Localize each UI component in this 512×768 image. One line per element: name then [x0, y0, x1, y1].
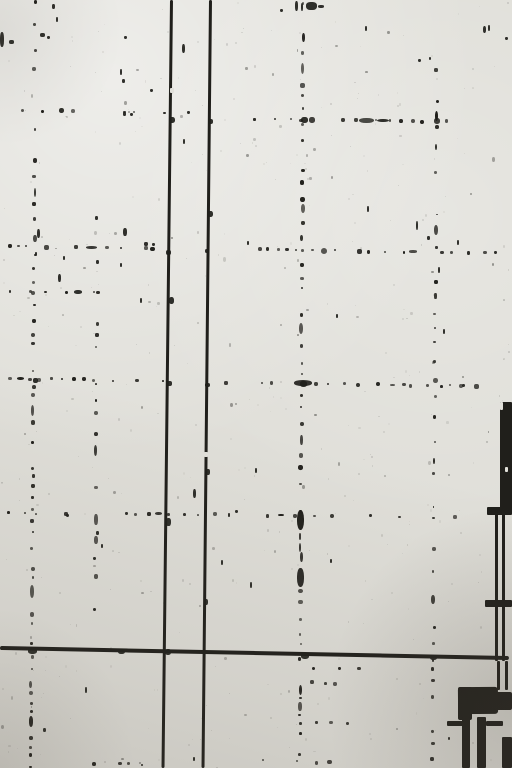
- dotted-grid-h-upper-left-dot: [21, 109, 24, 112]
- dotted-grid-h-2-right-dot: [483, 251, 487, 255]
- dotted-row-lower-a-dot: [338, 667, 341, 670]
- dotted-grid-h-2-left-dot: [86, 246, 97, 249]
- dotted-grid-v-left-dot: [30, 585, 34, 598]
- ink-speck: [40, 33, 45, 37]
- dotted-grid-h-3-right-dot: [261, 382, 263, 384]
- dotted-grid-v-left-dot: [31, 467, 34, 470]
- dotted-grid-h-3-right-dot: [314, 382, 318, 386]
- dotted-grid-v-left-dot: [29, 691, 33, 695]
- ink-speck: [118, 649, 125, 654]
- pin-line-left-lower: [495, 606, 498, 661]
- dotted-row-lower-a-dot: [312, 667, 315, 670]
- dotted-grid-h-4-dot: [35, 513, 37, 515]
- dotted-row-lower-b-dot: [333, 682, 337, 686]
- dotted-grid-v-left-dot: [29, 746, 32, 749]
- dotted-grid-h-upper-right-dot: [290, 118, 292, 120]
- dotted-grid-v-left-dot: [32, 576, 34, 578]
- dotted-grid-v-left-dot: [30, 612, 34, 616]
- dotted-grid-h-upper-right-dot: [377, 119, 389, 122]
- dotted-grid-v-inner-dot: [95, 383, 97, 385]
- dotted-grid-v-left-dot: [29, 681, 32, 688]
- dotted-grid-h-upper-right-dot: [253, 118, 255, 120]
- ink-speck: [306, 2, 317, 10]
- dotted-grid-v-left-dot: [31, 405, 34, 416]
- dotted-grid-v-left-dot: [33, 23, 36, 26]
- dotted-grid-v-center-dot: [301, 123, 304, 126]
- dotted-grid-v-left-dot: [34, 188, 36, 197]
- dotted-grid-h-2-right-dot: [450, 251, 453, 254]
- ink-speck: [367, 206, 369, 212]
- dotted-grid-v-center-dot: [298, 600, 302, 604]
- dotted-grid-v-center-dot: [300, 180, 304, 184]
- dotted-grid-h-3-right-dot: [474, 384, 478, 388]
- ink-speck: [208, 211, 213, 217]
- dotted-grid-h-3-middle-dot: [92, 379, 96, 383]
- dotted-grid-v-left-dot: [31, 496, 33, 498]
- dotted-grid-h-2-left-dot: [105, 246, 109, 250]
- dotted-grid-h-2-right-dot: [311, 249, 314, 252]
- dotted-grid-h-2-left-dot: [74, 245, 77, 248]
- dotted-grid-v-left-dot: [32, 202, 36, 206]
- dotted-grid-h-3-left-dot: [50, 377, 52, 379]
- dotted-grid-v-right-dot: [434, 225, 438, 236]
- ink-speck: [228, 513, 230, 517]
- dotted-grid-h-upper-right-dot: [420, 120, 424, 124]
- dotted-grid-h-3-middle-dot: [135, 379, 138, 382]
- dotted-grid-v-right-dot: [433, 378, 438, 383]
- dotted-grid-v-inner-dot: [94, 432, 98, 436]
- dotted-grid-v-center-dot: [299, 732, 302, 735]
- ink-speck: [438, 267, 440, 273]
- ink-speck: [56, 17, 58, 22]
- dotted-grid-v-right-dot: [436, 214, 438, 216]
- dotted-grid-v-center-dot: [298, 589, 303, 594]
- dotted-grid-v-center-dot: [297, 568, 304, 587]
- dotted-grid-v-right-dot: [433, 458, 435, 465]
- wall-column-bar: [500, 402, 512, 512]
- dotted-row-bottom-center-dot: [327, 760, 331, 764]
- ink-speck: [318, 5, 324, 8]
- dotted-grid-v-center-dot: [299, 722, 302, 725]
- ink-speck: [301, 653, 309, 659]
- dotted-grid-v-center-dot: [299, 533, 302, 539]
- dotted-grid-v-right-dot: [432, 570, 435, 573]
- dotted-grid-v-center-dot: [299, 697, 301, 699]
- corner-wall-mass: [502, 737, 512, 768]
- pin-line-right-lower: [502, 606, 505, 661]
- ink-speck: [300, 381, 307, 387]
- dotted-grid-v-right-dot: [434, 293, 436, 298]
- dotted-row-bottom-center-dot: [262, 759, 264, 761]
- dotted-grid-v-left-dot: [33, 217, 36, 220]
- dotted-grid-h-4-dot: [313, 515, 316, 518]
- dotted-grid-v-center-dot: [299, 543, 301, 552]
- dotted-grid-v-right-dot: [433, 626, 436, 629]
- dotted-grid-v-right-dot: [434, 327, 436, 329]
- dotted-grid-h-2-right-dot: [277, 248, 280, 251]
- dotted-grid-h-upper-right-dot: [389, 119, 391, 121]
- dotted-grid-v-center-dot: [301, 373, 303, 375]
- ink-speck: [467, 251, 470, 255]
- ink-speck: [165, 649, 171, 655]
- wall-blob-right-lobe: [494, 692, 512, 711]
- ink-speck: [123, 228, 127, 236]
- dotted-grid-v-right-dot: [435, 246, 437, 248]
- ink-speck: [125, 512, 128, 515]
- dotted-grid-h-2-right-dot: [357, 249, 361, 253]
- dotted-grid-v-right-dot: [431, 679, 435, 683]
- ink-speck: [193, 489, 196, 498]
- dotted-grid-h-2-right-dot: [384, 251, 386, 253]
- dotted-grid-v-center-dot: [301, 94, 304, 97]
- ink-speck: [182, 44, 185, 53]
- dotted-grid-v-right-dot: [431, 730, 434, 733]
- pin-line-right-upper: [502, 514, 505, 603]
- dotted-grid-v-inner-dot: [96, 291, 100, 295]
- dotted-grid-h-4-dot: [369, 514, 372, 517]
- dotted-grid-v-right-dot: [431, 742, 434, 745]
- ink-speck: [295, 1, 298, 11]
- ink-speck: [66, 514, 69, 517]
- dotted-grid-v-right-dot: [434, 280, 438, 284]
- dotted-grid-h-4-dot: [266, 514, 269, 517]
- dotted-grid-v-center-dot: [301, 51, 305, 55]
- dotted-grid-h-faint-upper-dot: [93, 291, 95, 293]
- dotted-grid-v-center-dot: [298, 714, 300, 716]
- dotted-row-bottom-left-dot: [92, 762, 96, 766]
- dotted-grid-v-center-dot: [302, 33, 305, 42]
- dotted-grid-v-right-dot: [432, 472, 435, 475]
- dotted-grid-v-right-dot: [431, 595, 435, 604]
- ink-speck: [204, 599, 208, 605]
- ink-speck: [488, 25, 490, 31]
- dotted-grid-h-2-right-dot: [440, 251, 443, 254]
- dotted-row-lower-c-dot: [346, 722, 349, 725]
- dotted-grid-v-right-dot: [433, 506, 435, 508]
- ink-speck: [365, 26, 367, 31]
- dotted-grid-v-center-dot: [300, 235, 303, 241]
- dotted-grid-v-left-dot: [31, 484, 34, 487]
- dotted-grid-h-2-right-dot: [403, 251, 406, 254]
- dotted-grid-v-left-dot: [30, 702, 33, 705]
- dotted-grid-v-right-dot: [432, 517, 434, 519]
- dotted-grid-h-2-right-dot: [266, 247, 269, 250]
- dotted-grid-v-right-dot: [434, 171, 437, 174]
- column-flange-upper: [487, 507, 512, 515]
- dotted-grid-v-center-dot: [301, 139, 304, 142]
- dotted-grid-h-2-left-dot: [150, 247, 154, 251]
- column-crossbar-lower: [485, 600, 512, 607]
- wall-bar-below-left: [462, 717, 470, 768]
- dotted-grid-h-4-dot: [330, 514, 334, 518]
- dotted-grid-h-4-dot: [155, 512, 162, 515]
- dotted-grid-h-3-right-dot: [376, 382, 380, 386]
- ink-speck: [140, 298, 142, 303]
- dotted-grid-h-4-dot: [278, 514, 284, 517]
- dotted-grid-h-3-right-dot: [356, 383, 360, 387]
- dotted-grid-h-upper-right-dot: [445, 119, 449, 123]
- ink-speck: [505, 37, 508, 40]
- ink-speck: [183, 139, 185, 144]
- scan-gap-on-column: [505, 467, 508, 472]
- ink-speck: [150, 89, 153, 92]
- dotted-grid-v-left-dot: [32, 319, 36, 323]
- scanned-blueprint-photo: [0, 0, 512, 768]
- wall-tick-left: [447, 721, 463, 726]
- dotted-grid-v-center-dot: [300, 552, 303, 562]
- dotted-grid-v-center-dot: [298, 465, 303, 470]
- dotted-grid-h-2-right-dot: [367, 250, 370, 253]
- ink-speck: [301, 3, 303, 11]
- dotted-grid-v-left-dot: [30, 642, 33, 645]
- dotted-grid-v-inner-dot: [93, 608, 96, 611]
- dotted-grid-h-3-middle-dot: [112, 380, 114, 382]
- dotted-grid-h-upper-left-dot: [163, 112, 166, 115]
- dotted-grid-v-inner-dot: [94, 514, 97, 525]
- dotted-grid-v-center-dot: [302, 107, 304, 109]
- ink-speck: [122, 79, 125, 83]
- dotted-grid-v-inner-dot: [94, 445, 97, 456]
- ink-speck: [427, 236, 430, 240]
- dotted-grid-h-faint-upper-dot: [65, 291, 68, 294]
- dotted-grid-h-upper-right-dot: [434, 118, 440, 124]
- dotted-grid-v-left-dot: [29, 753, 33, 757]
- dotted-grid-v-center-dot: [299, 453, 304, 458]
- dotted-grid-h-upper-right-dot: [354, 118, 357, 121]
- dotted-grid-h-faint-upper-dot: [44, 291, 46, 293]
- ink-speck: [330, 559, 332, 563]
- dotted-grid-v-left-dot: [29, 736, 33, 740]
- dotted-grid-v-inner-dot: [95, 399, 97, 401]
- dotted-grid-v-left-dot: [31, 420, 35, 424]
- dotted-grid-h-2-left-dot: [44, 245, 48, 249]
- dotted-grid-h-upper-right-dot: [341, 118, 345, 122]
- dotted-grid-v-left-dot: [31, 333, 36, 337]
- dotted-grid-h-3-left-dot: [82, 377, 86, 381]
- dotted-grid-v-left-dot: [33, 304, 36, 307]
- dotted-grid-v-left-dot: [32, 281, 35, 284]
- dotted-grid-v-center-dot: [299, 633, 302, 636]
- dotted-grid-v-center-dot: [299, 323, 303, 334]
- ink-speck: [221, 560, 223, 565]
- dotted-grid-v-left-dot: [34, 0, 37, 3]
- dotted-grid-h-4-dot: [197, 514, 199, 516]
- dotted-grid-v-left-dot: [31, 441, 34, 444]
- ink-speck: [429, 57, 431, 60]
- dotted-grid-v-center-dot: [300, 263, 304, 267]
- ink-speck: [205, 383, 210, 387]
- dotted-grid-v-center-dot: [300, 83, 305, 88]
- dotted-grid-h-3-middle-dot: [162, 380, 164, 382]
- dotted-grid-v-center-dot: [301, 63, 304, 74]
- dotted-grid-h-3-left-dot: [28, 378, 32, 382]
- ink-speck: [0, 32, 4, 47]
- dotted-grid-v-center-dot: [299, 618, 302, 621]
- dotted-row-lower-b-dot: [310, 680, 314, 684]
- dotted-grid-v-center-dot: [300, 435, 303, 445]
- dotted-grid-v-inner-dot: [95, 346, 97, 348]
- dotted-grid-h-4-dot: [167, 513, 170, 516]
- dotted-grid-h-2-right-dot: [258, 247, 262, 251]
- dotted-grid-h-upper-right-dot: [359, 118, 375, 123]
- dotted-grid-v-right-dot: [433, 415, 436, 418]
- dotted-grid-h-2-right-dot: [334, 249, 337, 252]
- ink-speck: [93, 557, 96, 560]
- dotted-grid-h-3-right-dot: [390, 384, 395, 386]
- dotted-grid-v-left-dot: [31, 655, 35, 659]
- dotted-grid-h-2-left-dot: [8, 244, 12, 248]
- dotted-grid-v-center-dot: [300, 406, 303, 409]
- dotted-grid-h-upper-right-dot: [411, 119, 415, 123]
- dotted-grid-v-left-dot: [32, 175, 35, 178]
- dotted-grid-h-3-right-dot: [270, 381, 274, 385]
- dotted-grid-v-center-dot: [300, 197, 305, 202]
- dotted-grid-h-4-dot: [213, 512, 217, 516]
- dotted-grid-h-3-right-dot: [327, 383, 329, 385]
- dotted-grid-h-4-dot: [7, 511, 10, 514]
- dotted-grid-v-right-dot: [434, 441, 436, 443]
- scan-gap-on-v2: [204, 452, 208, 457]
- dotted-grid-h-4-dot: [293, 514, 297, 518]
- dotted-grid-h-2-left-dot: [17, 245, 19, 247]
- dotted-row-bottom-left-dot: [118, 762, 122, 766]
- ink-speck: [247, 241, 249, 245]
- ink-speck: [33, 378, 38, 383]
- dotted-grid-v-inner-dot: [96, 322, 100, 326]
- dotted-grid-h-2-left-dot: [144, 246, 148, 250]
- dotted-grid-h-faint-upper-dot: [74, 290, 82, 294]
- dotted-grid-v-right-dot: [430, 757, 434, 761]
- dotted-grid-v-center-dot: [301, 204, 305, 213]
- wall-blob-left-lobe: [458, 687, 473, 720]
- dotted-row-lower-b-dot: [324, 682, 327, 685]
- dotted-grid-h-2-right-dot: [321, 248, 328, 254]
- ink-speck: [418, 59, 421, 62]
- ink-speck: [416, 221, 418, 230]
- dotted-grid-h-2-right-dot: [285, 248, 288, 251]
- dotted-grid-v-right-dot: [431, 667, 434, 670]
- dotted-grid-v-center-dot: [301, 221, 305, 225]
- dotted-grid-h-4-dot: [24, 512, 26, 514]
- dotted-grid-h-3-left-dot: [8, 377, 11, 380]
- dotted-grid-h-upper-left-dot: [133, 111, 136, 114]
- ink-speck: [494, 251, 497, 254]
- dotted-grid-v-right-dot: [435, 144, 437, 151]
- dotted-grid-v-right-dot: [433, 341, 435, 343]
- ink-speck: [124, 36, 127, 39]
- dotted-grid-v-center-dot: [300, 422, 304, 426]
- ink-speck: [9, 40, 14, 44]
- pin-line-left-upper: [495, 514, 498, 603]
- dotted-grid-v-left-dot: [31, 668, 33, 670]
- ink-speck: [28, 648, 37, 654]
- dotted-row-bottom-center-dot: [315, 761, 318, 764]
- dotted-grid-v-left-dot: [32, 474, 35, 477]
- dotted-grid-v-center-dot: [301, 287, 303, 289]
- dotted-row-bottom-center-dot: [296, 760, 298, 762]
- ink-speck: [205, 249, 209, 253]
- dotted-grid-v-left-dot: [31, 567, 35, 571]
- dotted-grid-v-right-dot: [432, 547, 436, 551]
- notch-line-right: [505, 661, 508, 690]
- ink-speck: [250, 582, 252, 588]
- under-blob-crossbar: [486, 721, 503, 726]
- ink-speck: [462, 384, 465, 387]
- ink-speck: [37, 229, 40, 238]
- dotted-grid-h-3-left-dot: [17, 377, 25, 380]
- ink-speck: [457, 240, 459, 245]
- dotted-row-bottom-left-dot: [141, 764, 143, 766]
- dotted-grid-v-center-dot: [300, 277, 304, 281]
- ink-speck: [167, 381, 172, 386]
- dotted-grid-v-center-dot: [299, 483, 302, 486]
- dotted-grid-h-3-left-dot: [72, 377, 76, 381]
- drawing-ink-layer: [0, 0, 512, 768]
- ink-speck: [85, 687, 87, 693]
- ink-speck: [95, 216, 98, 220]
- dotted-grid-v-right-dot: [434, 68, 437, 71]
- ink-speck: [443, 329, 445, 334]
- dotted-grid-v-center-dot: [298, 753, 301, 756]
- ink-speck: [187, 111, 190, 114]
- dotted-grid-h-4-dot: [147, 512, 150, 515]
- ink-speck: [130, 113, 133, 116]
- notch-line-left: [497, 661, 500, 690]
- dotted-grid-h-upper-right-dot: [274, 118, 276, 120]
- dotted-grid-v-center-dot: [298, 702, 301, 711]
- dotted-grid-v-inner-dot: [94, 574, 98, 578]
- dotted-grid-v-left-dot: [32, 67, 36, 71]
- ink-speck: [144, 242, 148, 246]
- ink-speck: [152, 243, 155, 246]
- dotted-grid-h-3-right-dot: [440, 385, 443, 388]
- dotted-grid-v-left-dot: [34, 128, 36, 130]
- dotted-grid-h-4-dot: [453, 515, 457, 519]
- dotted-grid-h-upper-left-dot: [59, 108, 64, 113]
- dotted-grid-v-center-dot: [301, 362, 304, 365]
- dotted-grid-v-inner-dot: [95, 333, 98, 336]
- ink-speck: [169, 297, 174, 304]
- ink-speck: [193, 757, 195, 761]
- dotted-grid-v-left-dot: [32, 267, 35, 270]
- dotted-grid-v-right-dot: [433, 313, 435, 315]
- ink-speck: [448, 737, 450, 740]
- ink-speck: [63, 256, 65, 260]
- dotted-grid-h-3-right-dot: [426, 384, 429, 387]
- ink-speck: [336, 314, 338, 318]
- dotted-grid-v-right-dot: [436, 100, 440, 104]
- scan-gap-on-v1: [170, 88, 175, 93]
- dotted-grid-v-center-dot: [301, 249, 304, 252]
- dotted-grid-v-inner-dot: [94, 486, 97, 489]
- dotted-grid-v-left-dot: [31, 342, 34, 345]
- dotted-grid-h-upper-right-dot: [309, 117, 315, 122]
- dotted-grid-h-4-dot: [398, 516, 401, 519]
- ink-speck: [166, 518, 171, 526]
- ink-speck: [101, 544, 103, 548]
- ink-speck: [120, 69, 122, 75]
- ink-speck: [208, 119, 213, 124]
- dotted-grid-v-left-dot: [31, 393, 35, 397]
- dotted-grid-h-upper-left-dot: [41, 110, 44, 113]
- ink-speck: [255, 468, 257, 473]
- dotted-grid-h-2-right-dot: [295, 249, 297, 251]
- dotted-grid-v-left-dot: [31, 508, 34, 511]
- ink-speck: [280, 9, 283, 12]
- dotted-grid-v-left-dot: [34, 49, 38, 52]
- ink-speck: [206, 469, 210, 475]
- ink-speck: [166, 250, 171, 255]
